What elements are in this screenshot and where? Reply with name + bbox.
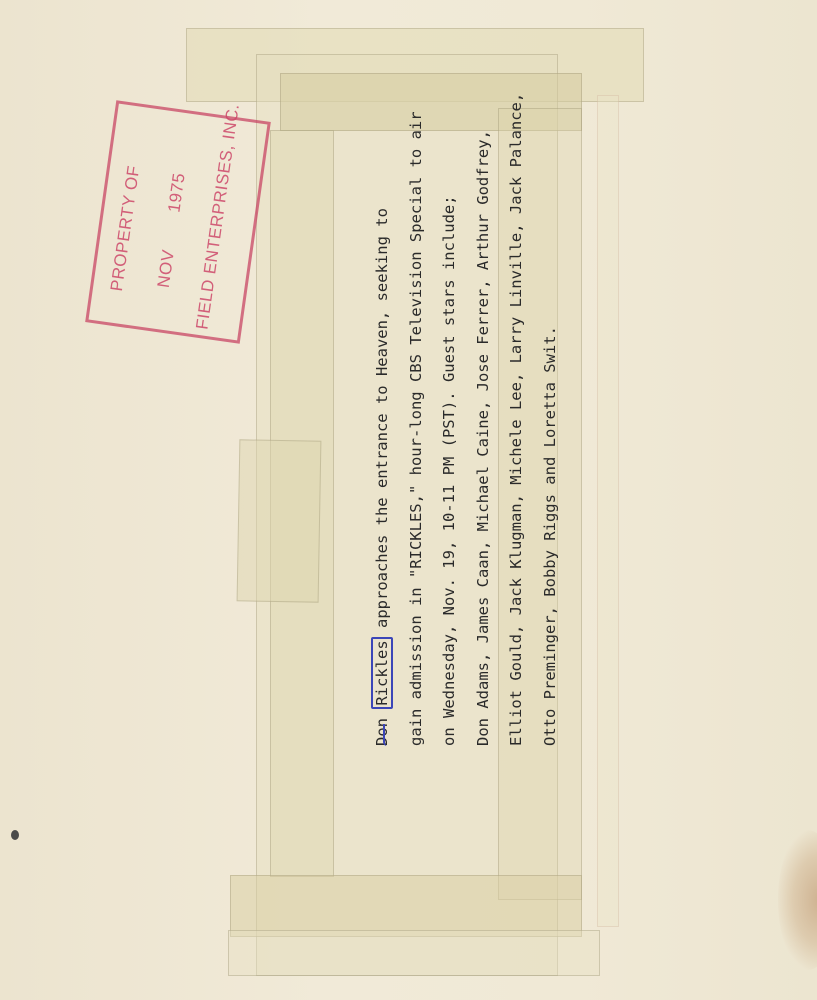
stamp-year: 1975: [164, 172, 189, 214]
tape-patch-left: [237, 439, 322, 602]
caption-line: Don Rickles approaches the entrance to H…: [366, 186, 400, 746]
tape-strip-edge: [597, 95, 619, 927]
caption-text: Don Rickles approaches the entrance to H…: [366, 186, 567, 746]
caption-line: Elliot Gould, Jack Klugman, Michele Lee,…: [500, 186, 534, 746]
pen-mark: [383, 724, 389, 746]
stamp-month: NOV: [154, 248, 179, 289]
caption-line: on Wednesday, Nov. 19, 10-11 PM (PST). G…: [433, 186, 467, 746]
caption-line: Don Adams, James Caan, Michael Caine, Jo…: [467, 186, 501, 746]
caption-line: gain admission in "RICKLES," hour-long C…: [400, 186, 434, 746]
property-stamp: PROPERTY OF NOV 1975 FIELD ENTERPRISES, …: [85, 100, 271, 344]
punch-dot: [11, 830, 19, 840]
highlighted-name: Rickles: [371, 637, 393, 708]
tape-strip-bottom: [230, 875, 582, 937]
stamp-company: FIELD ENTERPRISES, INC.: [192, 102, 244, 330]
tape-strip-bottom-outer: [228, 930, 600, 976]
stamp-property-text: PROPERTY OF: [107, 164, 144, 292]
caption-line: Otto Preminger, Bobby Riggs and Loretta …: [534, 186, 568, 746]
